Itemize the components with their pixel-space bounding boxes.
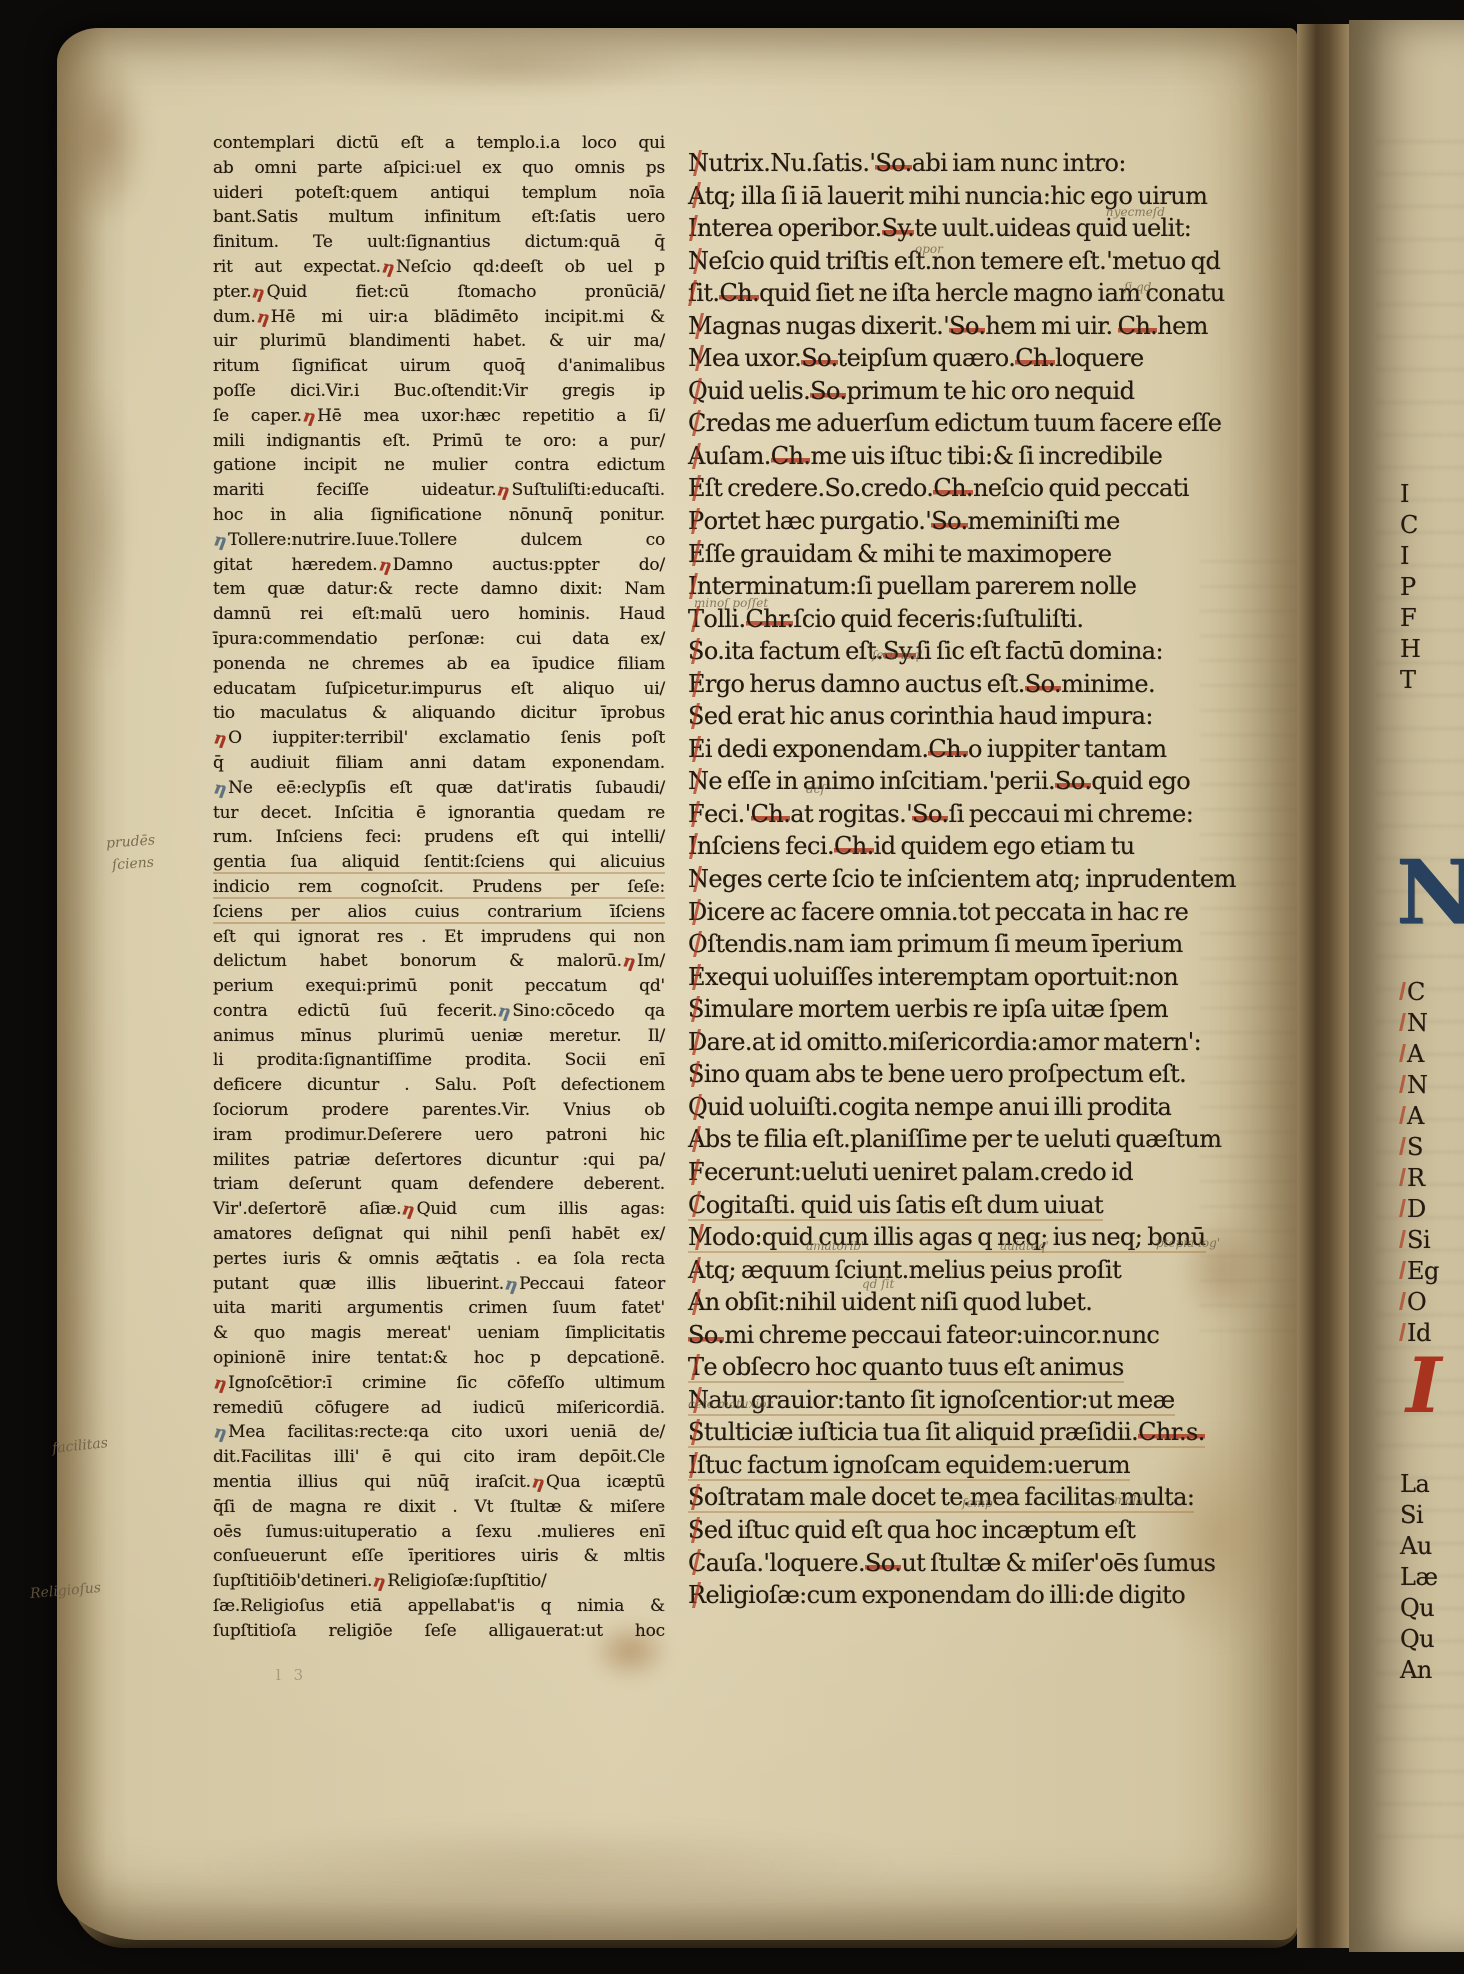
blue-paraph-mark: η: [503, 1272, 519, 1298]
rubricated-capital: A: [688, 1254, 705, 1287]
red-paraph-mark: η: [530, 1470, 546, 1496]
commentary-line: tur decet. Inſcitia ē ignorantia quedam …: [213, 801, 665, 826]
red-paraph-mark: η: [376, 553, 392, 579]
commentary-line: ηO iuppiter:terribil' exclamatio ſenis p…: [213, 726, 665, 751]
rubricated-capital: S: [688, 993, 704, 1026]
commentary-line: bant.Satis multum infinitum eſt:ſatis ue…: [213, 205, 665, 230]
rubricated-speaker-mark: Ch.: [928, 735, 968, 763]
rubricated-capital: C: [688, 1547, 706, 1580]
facing-page-letter-fragment: S: [1400, 1133, 1423, 1161]
rubricated-speaker-mark: Chr.s.: [1138, 1418, 1205, 1446]
play-text-line: Neſcio quid triſtis eſt.non temere eſt.'…: [688, 245, 1204, 278]
commentary-line: poſſe dici.Vir.i Buc.oſtendit:Vir gregis…: [213, 379, 665, 404]
commentary-line: mentia illius qui nūq̄ iraſcit.ηQua icæp…: [213, 1470, 665, 1495]
rubricated-speaker-mark: Ch.: [719, 279, 759, 307]
commentary-line: li prodita:ſignantiſſime prodita. Socii …: [213, 1048, 665, 1073]
commentary-line: gatione incipit ne mulier contra edictum: [213, 453, 665, 478]
commentary-line: conſueuerunt eſſe īperitiores uiris & ml…: [213, 1544, 665, 1569]
rubricated-speaker-mark: Ch.: [1118, 312, 1158, 340]
rubricated-speaker-mark: So.: [949, 312, 985, 340]
rubricated-capital: F: [688, 798, 704, 831]
play-text-line: Inſciens feci.Ch.id quidem ego etiam tu: [688, 830, 1204, 863]
play-text-line: Ei dedi exponendam.Ch.o iuppiter tantam: [688, 733, 1204, 766]
red-paraph-mark: η: [212, 1371, 228, 1397]
rubricated-capital: E: [688, 668, 705, 701]
reader-underline: Cogitaſti. quid uis ſatis eſt dum uiuat: [688, 1191, 1103, 1219]
blue-paraph-mark: η: [212, 1421, 228, 1447]
play-text-line: Fecerunt:ueluti ueniret palam.credo id: [688, 1156, 1204, 1189]
commentary-line: ponenda ne chremes ab ea īpudice filiam: [213, 652, 665, 677]
facing-page-letter-fragment: Qu: [1400, 1594, 1434, 1622]
rubricated-capital: N: [688, 147, 708, 180]
play-text-line: Quid uoluiſti.cogita nempe anui illi pro…: [688, 1091, 1204, 1124]
rubricated-capital: C: [688, 1189, 706, 1222]
commentary-line: indicio rem cognoſcit. Prudens per ſeſe:: [213, 875, 665, 900]
commentary-line: animus mīnus plurimū ueniæ meretur. Il/: [213, 1024, 665, 1049]
play-text-line: Nutrix.Nu.ſatis.'So.abi iam nunc intro:: [688, 147, 1204, 180]
facing-page-letter-fragment: N: [1400, 1071, 1428, 1099]
play-text-line: Neges certe ſcio te inſcientem atq; inpr…: [688, 863, 1204, 896]
rubricated-capital: ſ: [688, 277, 696, 310]
rubricated-speaker-mark: So.: [688, 1321, 724, 1349]
commentary-line: putant quæ illis libuerint.ηPeccaui fate…: [213, 1272, 665, 1297]
facing-page-letter-fragment: I: [1400, 542, 1409, 570]
commentary-line: deficere dicuntur . Salu. Poſt defection…: [213, 1073, 665, 1098]
rubricated-capital: N: [688, 765, 708, 798]
red-paraph-mark: η: [371, 1569, 387, 1595]
commentary-line: damnū rei eſt:malū uero hominis. Haud: [213, 602, 665, 627]
rubricated-speaker-mark: So.: [865, 1549, 901, 1577]
rubricated-capital: A: [688, 440, 705, 473]
red-illuminated-initial: I: [1406, 1348, 1442, 1424]
rubricated-speaker-mark: So.: [912, 800, 948, 828]
commentary-line: dum.ηHē mi uir:a blādimēto incipit.mi &: [213, 305, 665, 330]
play-text-line: Dare.at id omitto.miſericordia:amor mate…: [688, 1026, 1204, 1059]
commentary-line: triam deſerunt quam defendere deberent.: [213, 1172, 665, 1197]
rubricated-capital: S: [688, 1481, 704, 1514]
commentary-line: tem quæ datur:& recte damno dixit: Nam: [213, 577, 665, 602]
interlinear-gloss: minoſ poſſet: [694, 596, 768, 610]
play-text-line: Portet hæc purgatio.'So.meminiſti me: [688, 505, 1204, 538]
commentary-line: dit.Facilitas illi' ē qui cito iram depō…: [213, 1445, 665, 1470]
red-paraph-mark: η: [495, 478, 511, 504]
interlinear-gloss: opor: [915, 242, 943, 256]
facing-page-letter-fragment: Eg: [1400, 1257, 1439, 1285]
interlinear-gloss: auiateq': [1000, 1239, 1049, 1253]
rubricated-capital: A: [688, 1123, 705, 1156]
rubricated-speaker-mark: Ch.: [1015, 344, 1055, 372]
commentary-line: q̄ audiuit filiam anni datam exponendam.: [213, 751, 665, 776]
commentary-line: mili indignantis eſt. Primū te oro: a pu…: [213, 429, 665, 454]
play-text-line: Oſtendis.nam iam primum ſi meum īperium: [688, 928, 1204, 961]
commentary-line: rit aut expectat.ηNeſcio qd:deeſt ob uel…: [213, 255, 665, 280]
play-text-line: Iſtuc factum ignoſcam equidem:uerum: [688, 1449, 1204, 1482]
facing-page-letter-fragment: H: [1400, 635, 1420, 663]
play-text-line: Sed erat hic anus corinthia haud impura:: [688, 700, 1204, 733]
blue-paraph-mark: η: [212, 776, 228, 802]
facing-page-letter-fragment: D: [1400, 1195, 1426, 1223]
commentary-line: ηNe eē:eclypſis eſt quæ dat'iratis ſubau…: [213, 776, 665, 801]
commentary-line: educatam ſuſpicetur.impurus eſt aliquo u…: [213, 677, 665, 702]
rubricated-capital: S: [688, 700, 704, 733]
play-text-line: Ergo herus damno auctus eſt.So.minime.: [688, 668, 1204, 701]
margin-note: ſciens: [111, 855, 154, 874]
play-text-line: So.mi chreme peccaui fateor:uincor.nunc: [688, 1319, 1204, 1352]
reader-underline: Iſtuc factum ignoſcam equidem:uerum: [688, 1451, 1130, 1479]
rubricated-capital: O: [688, 928, 707, 961]
facing-page-letter-fragment: La: [1400, 1470, 1429, 1498]
rubricated-capital: N: [688, 245, 708, 278]
rubricated-capital: A: [688, 180, 705, 213]
rubricated-capital: E: [688, 472, 705, 505]
red-paraph-mark: η: [400, 1197, 416, 1223]
commentary-line: rum. Inſciens feci: prudens eſt qui inte…: [213, 825, 665, 850]
commentary-line: oēs ſumus:uituperatio a ſexu .mulieres e…: [213, 1520, 665, 1545]
play-text-line: Mea uxor.So.teipſum quæro.Ch.loquere: [688, 342, 1204, 375]
commentary-line: ſe caper.ηHē mea uxor:hæc repetitio a ſi…: [213, 404, 665, 429]
rubricated-capital: I: [688, 1449, 697, 1482]
commentary-line: ſciens per alios cuius contrarium īſcien…: [213, 900, 665, 925]
commentary-line: contemplari dictū eſt a templo.i.a loco …: [213, 131, 665, 156]
commentary-column: contemplari dictū eſt a templo.i.a loco …: [213, 131, 665, 1644]
red-paraph-mark: η: [380, 255, 396, 281]
play-text-line: Eſt credere.So.credo.Ch.neſcio quid pecc…: [688, 472, 1204, 505]
commentary-line: ſæ.Religioſus etiā appellabat'is q nimia…: [213, 1594, 665, 1619]
interlinear-gloss: ſemp': [962, 1496, 996, 1510]
play-text-line: Credas me aduerſum edictum tuum facere e…: [688, 407, 1204, 440]
play-text-line: Abs te filia eſt.planiſſime per te uelut…: [688, 1123, 1204, 1156]
interlinear-gloss: dcſ: [806, 782, 825, 796]
rubricated-speaker-mark: Ch.: [834, 832, 874, 860]
commentary-line: & quo magis mereat' ueniam ſimplicitatis: [213, 1321, 665, 1346]
rubricated-capital: E: [688, 538, 705, 571]
rubricated-speaker-mark: Sy.: [882, 214, 915, 242]
rubricated-capital: S: [688, 1514, 704, 1547]
commentary-line: remediū cōfugere ad iudicū miſericordiā.: [213, 1396, 665, 1421]
commentary-line: ſupſtitiōib'detineri.ηReligioſæ:ſupſtiti…: [213, 1569, 665, 1594]
red-paraph-mark: η: [255, 305, 271, 331]
commentary-line: pter.ηQuid fiet:cū ſtomacho pronūciā/: [213, 280, 665, 305]
commentary-line: uir plurimū blandimenti habet. & uir ma/: [213, 329, 665, 354]
commentary-line: hoc in alia ſignificatione nōnunq̄ ponit…: [213, 503, 665, 528]
facing-page-letter-fragment: N: [1400, 1009, 1428, 1037]
play-text-line: Quid uelis.So.primum te hic oro nequid: [688, 375, 1204, 408]
blue-paraph-mark: η: [212, 528, 228, 554]
rubricated-capital: S: [688, 1058, 704, 1091]
play-text-line: Sed iſtuc quid eſt qua hoc incæptum eſt: [688, 1514, 1204, 1547]
interlinear-gloss: hyecmeſd: [1106, 205, 1165, 219]
play-text-line: Cauſa.'loquere.So.ut ſtultæ & miſer'oēs …: [688, 1547, 1204, 1580]
rubricated-speaker-mark: Ch.: [751, 800, 791, 828]
interlinear-gloss: qd ſit: [862, 1277, 894, 1291]
rubricated-capital: D: [688, 896, 707, 929]
commentary-line: iram prodimur.Deſerere uero patroni hic: [213, 1123, 665, 1148]
facing-page-letter-fragment: C: [1400, 978, 1425, 1006]
play-text-line: Eſſe grauidam & mihi te maximopere: [688, 538, 1204, 571]
commentary-line: q̄ſi de magna re dixit . Vt ſtultæ & miſ…: [213, 1495, 665, 1520]
red-paraph-mark: η: [621, 949, 637, 975]
commentary-line: ηTollere:nutrire.Iuue.Tollere dulcem co: [213, 528, 665, 553]
facing-page-letter-fragment: F: [1400, 604, 1416, 632]
rubricated-speaker-mark: Ch.: [933, 474, 973, 502]
interlinear-gloss: ſeru loq': [872, 648, 923, 662]
play-text-line: Feci.'Ch.at rogitas.'So.ſi peccaui mi ch…: [688, 798, 1204, 831]
rubricated-speaker-mark: So.: [875, 149, 911, 177]
commentary-line: finitum. Te uult:ſignantius dictum:quā q…: [213, 230, 665, 255]
rubricated-capital: S: [688, 635, 704, 668]
rubricated-capital: P: [688, 505, 704, 538]
red-paraph-mark: η: [301, 404, 317, 430]
book-photo: { "meta": { "description": "Photograph o…: [0, 0, 1464, 1974]
interlinear-gloss: amatorib': [806, 1239, 864, 1253]
facing-page-letter-fragment: Au: [1400, 1532, 1432, 1560]
interlinear-gloss: ſi qd: [1124, 280, 1151, 294]
rubricated-capital: F: [688, 1156, 704, 1189]
commentary-line: amatores deſignat qui nihil penſi habēt …: [213, 1222, 665, 1247]
reader-underline: Modo:quid cum illis agas q neq; ius neq;…: [688, 1223, 1206, 1251]
rubricated-capital: D: [688, 1026, 707, 1059]
reader-underline: gentia ſua aliquid ſentit:ſciens qui ali…: [213, 852, 665, 872]
rubricated-capital: M: [688, 1221, 712, 1254]
rubricated-capital: A: [688, 1286, 705, 1319]
commentary-line: milites patriæ deſertores dicuntur :qui …: [213, 1148, 665, 1173]
blue-illuminated-initial: N: [1396, 848, 1464, 936]
blue-paraph-mark: η: [496, 999, 512, 1025]
play-text-line: Auſam.Ch.me uis iſtuc tibi:& ſi incredib…: [688, 440, 1204, 473]
facing-page-letter-fragment: T: [1400, 666, 1416, 694]
rubricated-capital: C: [688, 407, 706, 440]
commentary-line: tio maculatus & aliquando dicitur īprobu…: [213, 701, 665, 726]
facing-page-letter-fragment: A: [1400, 1040, 1424, 1068]
play-text-line: Religioſæ:cum exponendam do illi:de digi…: [688, 1579, 1204, 1612]
red-paraph-mark: η: [212, 726, 228, 752]
commentary-line: ηMea facilitas:recte:qa cito uxori ueniā…: [213, 1420, 665, 1445]
facing-page-letter-fragment: Qu: [1400, 1625, 1434, 1653]
commentary-line: opinionē inire tentat:& hoc p depcationē…: [213, 1346, 665, 1371]
play-text-line: Modo:quid cum illis agas q neq; ius neq;…: [688, 1221, 1204, 1254]
commentary-line: ſupſtitioſa religiōe ſeſe alligauerat:ut…: [213, 1619, 665, 1644]
quire-signature-mark: l 3: [276, 1666, 307, 1684]
reader-underline: ſciens per alios cuius contrarium īſcien…: [213, 902, 665, 922]
rubricated-capital: I: [688, 830, 697, 863]
commentary-line: īpura:commendatio perſonæ: cui data ex/: [213, 627, 665, 652]
rubricated-capital: T: [688, 1351, 703, 1384]
facing-page-letter-fragment: R: [1400, 1164, 1425, 1192]
rubricated-speaker-mark: So.: [931, 507, 967, 535]
interlinear-gloss: mala: [1114, 1493, 1144, 1507]
facing-page-letter-fragment: Si: [1400, 1501, 1423, 1529]
commentary-line: ab omni parte aſpici:uel ex quo omnis ps: [213, 156, 665, 181]
rubricated-speaker-mark: So.: [801, 344, 837, 372]
interlinear-gloss: cēte matuxior: [688, 1397, 772, 1411]
facing-page-letter-fragment: A: [1400, 1102, 1424, 1130]
commentary-line: mariti feciſſe uideatur.ηSuſtuliſti:educ…: [213, 478, 665, 503]
commentary-line: ηIgnoſcētior:ī crimine ſic cōfeſſo ultim…: [213, 1371, 665, 1396]
reader-underline: Stulticiæ iuſticia tua ſit aliquid præſi…: [688, 1418, 1205, 1446]
rubricated-capital: Q: [688, 375, 707, 408]
rubricated-capital: N: [688, 863, 708, 896]
facing-page-letter-fragment: Si: [1400, 1226, 1430, 1254]
rubricated-capital: E: [688, 733, 705, 766]
commentary-line: delictum habet bonorum & malorū.ηIm/: [213, 949, 665, 974]
rubricated-capital: Q: [688, 1091, 707, 1124]
rubricated-speaker-mark: So.: [1025, 670, 1061, 698]
book-gutter-fold: [1297, 24, 1349, 1948]
rubricated-capital: M: [688, 310, 712, 343]
play-text-line: So.ita factum eſt.Sy.ſi ſic eſt factū do…: [688, 635, 1204, 668]
play-text-line: Dicere ac facere omnia.tot peccata in ha…: [688, 896, 1204, 929]
commentary-line: gentia ſua aliquid ſentit:ſciens qui ali…: [213, 850, 665, 875]
facing-page-letter-fragment: An: [1400, 1656, 1432, 1684]
commentary-line: perium exequi:primū ponit peccatum qd': [213, 974, 665, 999]
commentary-line: ritum ſignificat uirum quoq̄ d'animalibu…: [213, 354, 665, 379]
red-paraph-mark: η: [250, 280, 266, 306]
margin-note: prudēs: [106, 832, 156, 851]
commentary-line: contra edictū ſuū fecerit.ηSino:cōcedo q…: [213, 999, 665, 1024]
rubricated-capital: E: [688, 961, 705, 994]
play-text-line: Ne eſſe in animo inſcitiam.'perii.So.qui…: [688, 765, 1204, 798]
play-text-line: Te obſecro hoc quanto tuus eſt animus: [688, 1351, 1204, 1384]
play-text-line: Sino quam abs te bene uero proſpectum eſ…: [688, 1058, 1204, 1091]
rubricated-speaker-mark: So.: [810, 377, 846, 405]
play-text-line: Magnas nugas dixerit.'So.hem mi uir. Ch.…: [688, 310, 1204, 343]
play-text-line: Cogitaſti. quid uis ſatis eſt dum uiuat: [688, 1189, 1204, 1222]
commentary-line: Vir'.deſertorē aſiæ.ηQuid cum illis agas…: [213, 1197, 665, 1222]
commentary-line: gitat hæredem.ηDamno auctus:ppter do/: [213, 553, 665, 578]
play-text-line: Simulare mortem uerbis re ipſa uitæ ſpem: [688, 993, 1204, 1026]
main-text-column: Nutrix.Nu.ſatis.'So.abi iam nunc intro:A…: [688, 147, 1204, 1612]
facing-page-letter-fragment: I: [1400, 480, 1409, 508]
play-text-line: Stulticiæ iuſticia tua ſit aliquid præſi…: [688, 1416, 1204, 1449]
facing-page-letter-fragment: P: [1400, 573, 1416, 601]
play-text-line: An obſit:nihil uident niſi quod lubet.: [688, 1286, 1204, 1319]
left-page-bleedthrough: [1200, 560, 1296, 1340]
play-text-line: Atq; æquum ſciunt.melius peius proſit: [688, 1254, 1204, 1287]
interlinear-gloss: ptepia log': [1156, 1236, 1220, 1250]
commentary-line: uideri poteſt:quem antiqui templum noīa: [213, 181, 665, 206]
facing-page-letter-fragment: C: [1400, 511, 1418, 539]
rubricated-capital: R: [688, 1579, 705, 1612]
rubricated-speaker-mark: So.: [1055, 767, 1091, 795]
rubricated-capital: S: [688, 1416, 704, 1449]
rubricated-capital: I: [688, 212, 697, 245]
facing-page-letter-fragment: O: [1400, 1288, 1426, 1316]
reader-underline: indicio rem cognoſcit. Prudens per ſeſe:: [213, 877, 665, 897]
commentary-line: uita mariti argumentis crimen ſuum fatet…: [213, 1296, 665, 1321]
commentary-line: eſt qui ignorat res . Et imprudens qui n…: [213, 925, 665, 950]
play-text-line: Exequi uoluiſſes interemptam oportuit:no…: [688, 961, 1204, 994]
commentary-line: pertes iuris & omnis æq̄tatis . ea ſola …: [213, 1247, 665, 1272]
facing-page-letter-fragment: Læ: [1400, 1563, 1438, 1591]
commentary-line: ſociorum prodere parentes.Vir. Vnius ob: [213, 1098, 665, 1123]
rubricated-speaker-mark: Ch.: [771, 442, 811, 470]
reader-underline: Te obſecro hoc quanto tuus eſt animus: [688, 1353, 1124, 1381]
rubricated-capital: M: [688, 342, 712, 375]
